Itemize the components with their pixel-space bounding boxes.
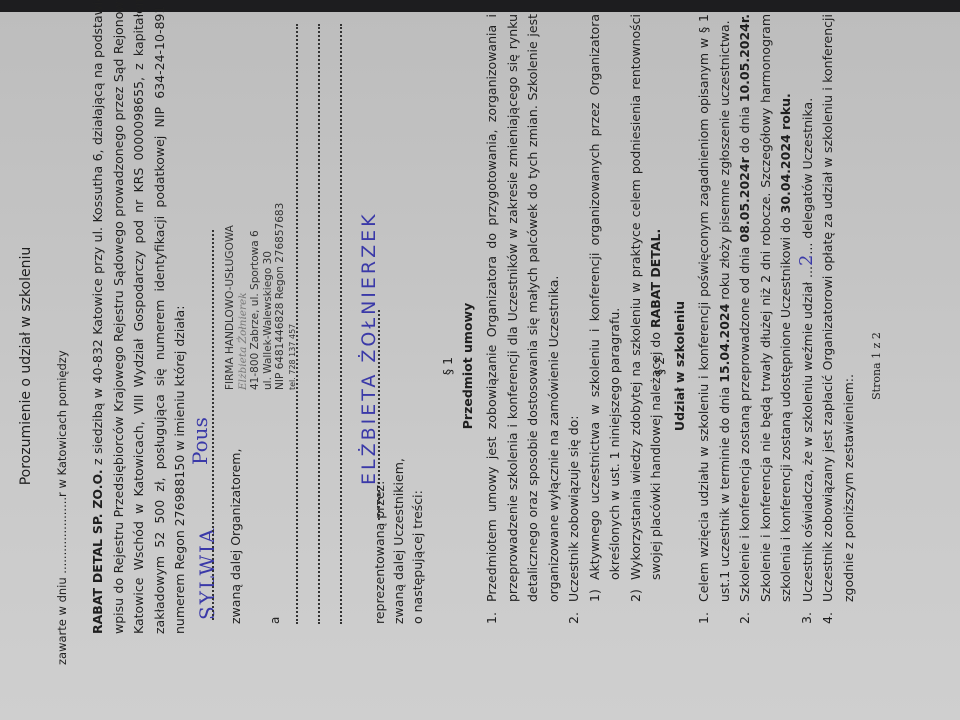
list-item: 3. Uczestnik oświadcza, że w szkoleniu w… <box>797 14 819 624</box>
represented-by-label: reprezentowaną przez: <box>370 458 389 624</box>
document-title: Porozumienie o udział w szkoleniu <box>18 12 34 720</box>
dotted-line <box>340 24 342 624</box>
date-line: zawarte w dniu .....................r w … <box>55 350 69 665</box>
and-label: a <box>268 617 282 624</box>
dotted-line <box>296 24 298 624</box>
item-number: 2. <box>564 612 585 624</box>
list-item: 1. Przedmiotem umowy jest zobowiązanie O… <box>482 14 564 624</box>
list-item: 1. Celem wzięcia udziału w szkoleniu i k… <box>694 14 735 624</box>
item-text: do dnia <box>737 102 752 157</box>
item-number: 2) <box>626 589 647 602</box>
item-text: Uczestnik oświadcza, że w szkoleniu weźm… <box>800 266 815 602</box>
list-item: 2. Uczestnik zobowiązuje się do: <box>564 14 585 624</box>
handwritten-signature-first: SYLWIA <box>195 527 219 620</box>
item-text: Aktywnego uczestnictwa w szkoleniu i kon… <box>587 14 623 580</box>
sub-item: 1) Aktywnego uczestnictwa w szkoleniu i … <box>585 14 626 624</box>
section1-heading: Przedmiot umowy <box>460 12 475 720</box>
organizer-called: zwaną dalej Organizatorem, <box>228 449 243 624</box>
item-number: 2. <box>735 612 756 624</box>
stamp-line: 41-800 Zabrze, ul. Sportowa 6 <box>249 203 262 390</box>
dotted-line <box>318 24 320 624</box>
end-date: 10.05.2024r. <box>737 14 752 102</box>
item-number: 3. <box>797 612 818 624</box>
section2-list: 1. Celem wzięcia udziału w szkoleniu i k… <box>694 14 859 624</box>
list-item: 2. Szkolenie i konferencja zostaną przep… <box>735 14 797 624</box>
stamp-line: ul. Wallek-Walewskiego 30 <box>262 203 275 390</box>
section2-heading: Udział w szkoleniu <box>672 12 687 720</box>
item-number: 1) <box>585 589 606 602</box>
schedule-date: 30.04.2024 roku. <box>778 93 793 213</box>
organizer-paragraph: RABAT DETAL SP. ZO.O. z siedzibą w 40-83… <box>88 0 191 634</box>
item-number: 1. <box>482 612 503 624</box>
item-text: roku złoży pisemne zgłoszenie uczestnict… <box>717 20 732 303</box>
company-stamp: FIRMA HANDLOWO-USŁUGOWA Elżbieta Żołnier… <box>224 203 299 390</box>
organizer-name: RABAT DETAL SP. ZO.O. <box>90 469 105 634</box>
participant-block: reprezentowaną przez: zwaną dalej Uczest… <box>370 458 427 624</box>
section1-list: 1. Przedmiotem umowy jest zobowiązanie O… <box>482 14 667 624</box>
deadline-date: 15.04.2024 <box>717 304 732 383</box>
list-item: 4. Uczestnik zobowiązany jest zapłacić O… <box>818 14 859 624</box>
stamp-line: FIRMA HANDLOWO-USŁUGOWA <box>224 203 237 390</box>
section2-symbol: § 2 <box>652 12 667 720</box>
item-number: 1. <box>694 612 715 624</box>
content-intro: o następującej treści: <box>408 458 427 624</box>
section1-symbol: § 1 <box>440 12 455 720</box>
handwritten-representative: ELŻBIETA ŻOŁNIERZEK <box>358 211 380 485</box>
item-text: Uczestnik zobowiązuje się do: <box>566 415 581 602</box>
signature-line <box>212 230 214 620</box>
page-number: Strona 1 z 2 <box>870 12 883 720</box>
item-text: Szkolenie i konferencja zostaną przeprow… <box>737 243 752 603</box>
stamp-line: NIP 6481446828 Regon 276857683 <box>274 203 287 390</box>
handwritten-delegate-count: 2 <box>796 255 817 266</box>
item-text: Przedmiotem umowy jest zobowiązanie Orga… <box>484 14 561 602</box>
item-text: ... delegatów Uczestnika. <box>800 98 815 255</box>
item-text: Uczestnik zobowiązany jest zapłacić Orga… <box>820 14 856 602</box>
participant-called: zwaną dalej Uczestnikiem, <box>389 458 408 624</box>
stamp-line: Elżbieta Żołnierek <box>237 203 250 390</box>
handwritten-signature-last: Pous <box>188 417 212 465</box>
start-date: 08.05.2024r <box>737 157 752 242</box>
item-number: 4. <box>818 612 839 624</box>
document-page: Porozumienie o udział w szkoleniu zawart… <box>0 12 960 720</box>
